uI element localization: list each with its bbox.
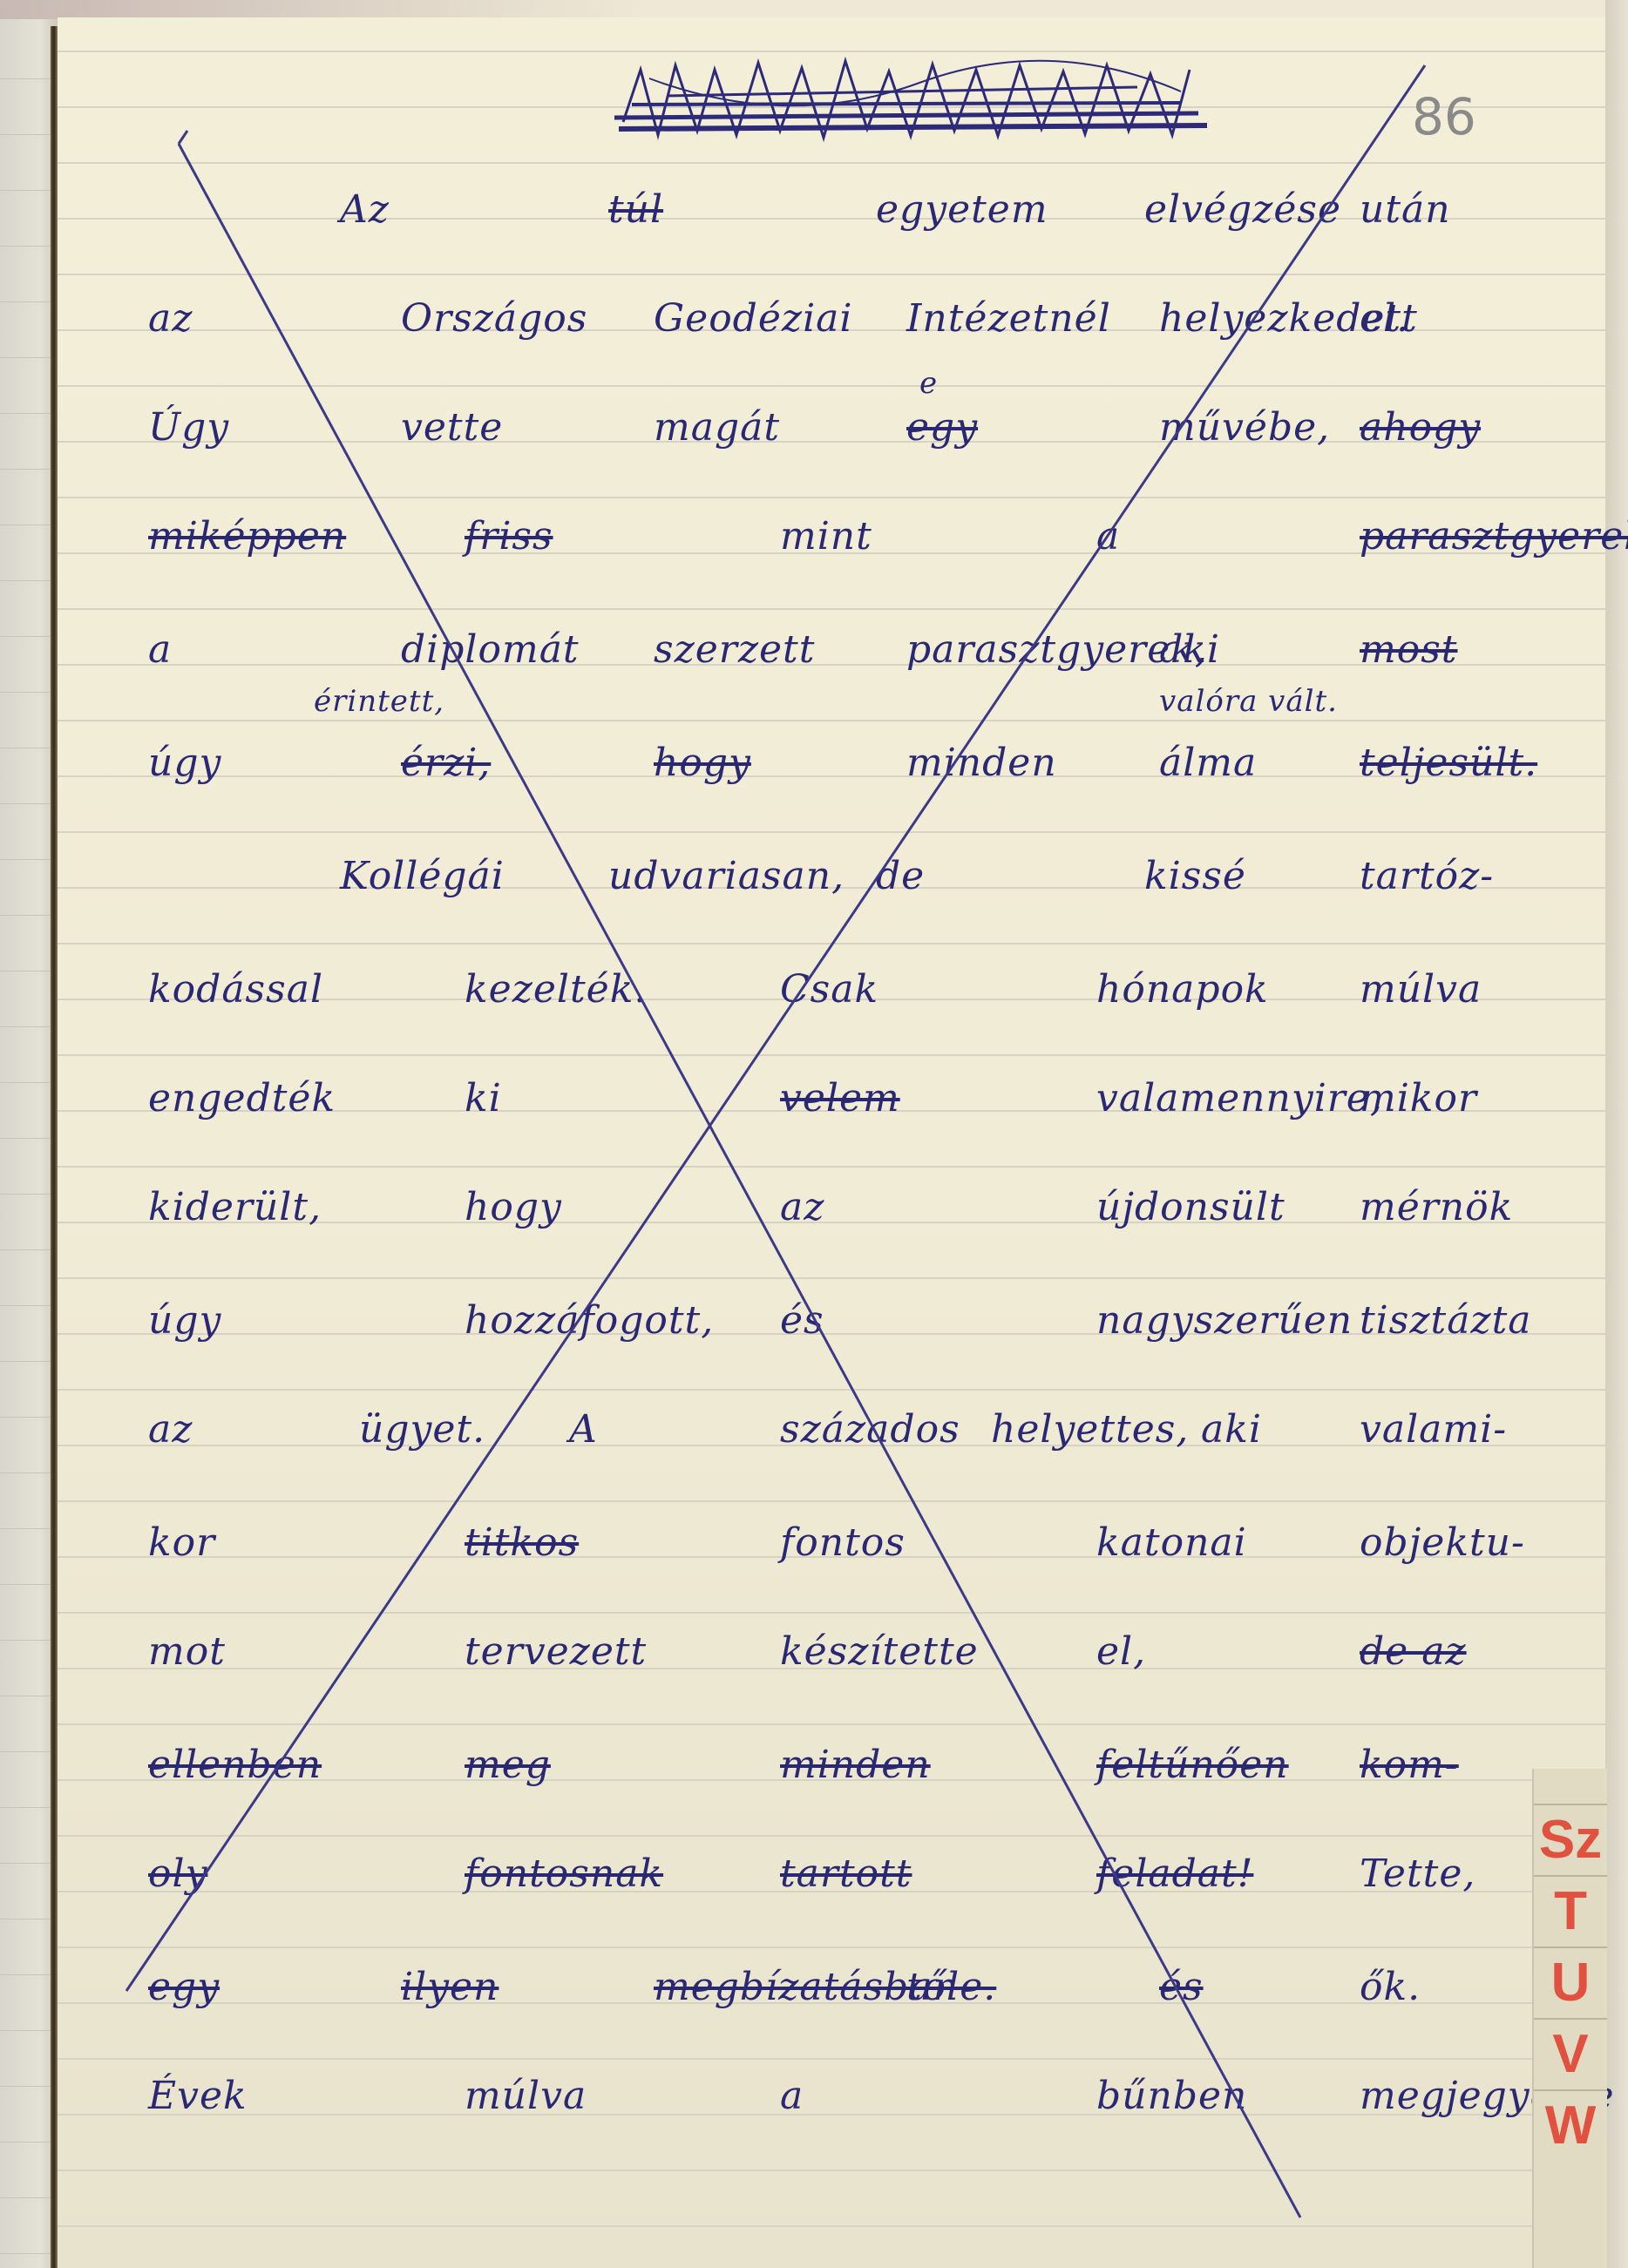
handwritten-word: kiderült, (148, 1185, 322, 1229)
page-number: 86 (1412, 87, 1476, 146)
ruled-line (58, 497, 1605, 498)
handwritten-word: kodással (148, 967, 323, 1012)
handwritten-word: engedték (148, 1076, 336, 1120)
handwritten-word: mint (780, 514, 872, 559)
handwritten-word: kezelték. (465, 967, 647, 1012)
handwritten-word: udvariasan, (608, 854, 845, 898)
struck-word: érzi, (401, 741, 491, 785)
ruled-line (58, 2225, 1605, 2227)
handwritten-word: kissé (1144, 854, 1246, 898)
struck-word: feladat! (1096, 1852, 1253, 1896)
handwritten-word: ki (465, 1076, 502, 1120)
handwritten-word: mot (148, 1629, 226, 1674)
handwritten-word: elvégzése (1144, 187, 1341, 232)
struck-word: tőle. (906, 1965, 996, 2009)
struck-word: túl (608, 187, 663, 232)
handwritten-word: objektu- (1360, 1520, 1525, 1565)
handwritten-word: nagyszerűen (1096, 1298, 1353, 1343)
struck-word: ahogy (1360, 405, 1481, 450)
struck-word: oly (148, 1852, 207, 1896)
handwritten-word: a (780, 2074, 804, 2118)
struck-word: titkos (465, 1520, 579, 1565)
struck-word: tartott (780, 1852, 912, 1896)
next-page-edge (1605, 0, 1628, 2268)
handwritten-word: mérnök (1360, 1185, 1513, 1229)
handwritten-word: Geodéziai (654, 296, 852, 341)
crossed-out-heading (614, 52, 1216, 148)
binding-gutter (51, 26, 58, 2268)
struck-word: teljesült. (1360, 741, 1537, 785)
handwritten-word: Tette, (1360, 1852, 1475, 1896)
alphabet-index-tabs: SzTUVW (1532, 1769, 1607, 2268)
struck-word: és (1159, 1965, 1204, 2009)
handwritten-word: múlva (465, 2074, 587, 2118)
ruled-line (58, 1054, 1605, 1056)
handwritten-word: vette (401, 405, 503, 450)
handwritten-word: bűnben (1096, 2074, 1247, 2118)
struck-word: de az (1360, 1629, 1467, 1674)
handwritten-word: helyettes, (991, 1407, 1189, 1452)
handwritten-word: az (148, 296, 193, 341)
struck-word: kom- (1360, 1743, 1459, 1787)
handwritten-word: után (1360, 187, 1451, 232)
ruled-line (58, 385, 1605, 387)
handwritten-word: egyetem (876, 187, 1048, 232)
index-tab-v: V (1534, 2018, 1607, 2089)
ruled-line (58, 1612, 1605, 1614)
ruled-line (58, 943, 1605, 944)
ruled-line (58, 1166, 1605, 1168)
index-tab-t: T (1534, 1875, 1607, 1946)
page-top-edge (0, 0, 1628, 19)
ruled-line (58, 2058, 1605, 2060)
handwritten-word: tisztázta (1360, 1298, 1532, 1343)
handwritten-word: el. (1360, 296, 1409, 341)
struck-word: fontosnak (465, 1852, 663, 1896)
handwritten-word: aki (1159, 627, 1220, 672)
ruled-line (58, 1389, 1605, 1391)
handwritten-word: A (569, 1407, 598, 1452)
handwritten-word: de (876, 854, 925, 898)
handwritten-word: álma (1159, 741, 1257, 785)
ruled-line (58, 831, 1605, 833)
handwritten-word: szerzett (654, 627, 815, 672)
ruled-line (58, 274, 1605, 275)
handwritten-word: Úgy (148, 405, 229, 450)
struck-word: egy (148, 1965, 220, 2009)
struck-word: egy (906, 405, 978, 450)
handwritten-word: Csak (780, 967, 878, 1012)
handwritten-word: kor (148, 1520, 215, 1565)
handwritten-word: magát (654, 405, 780, 450)
handwritten-word: úgy (148, 1298, 221, 1343)
notebook-page (58, 17, 1605, 2268)
ruled-line (58, 720, 1605, 721)
interlinear-insertion: valóra vált. (1159, 684, 1338, 719)
struck-word: hogy (654, 741, 751, 785)
struck-word: parasztgyerektől (1360, 514, 1628, 559)
interlinear-insertion: e (919, 366, 938, 401)
ruled-line (58, 1277, 1605, 1279)
handwritten-word: és (780, 1298, 824, 1343)
handwritten-word: a (1096, 514, 1120, 559)
handwritten-word: valamennyire, (1096, 1076, 1383, 1120)
handwritten-word: Kollégái (340, 854, 505, 898)
struck-word: miképpen (148, 514, 346, 559)
struck-word: feltűnően (1096, 1743, 1289, 1787)
index-tab-sz: Sz (1534, 1804, 1607, 1875)
handwritten-word: ügyet. (359, 1407, 485, 1452)
struck-word: friss (465, 514, 553, 559)
handwritten-word: újdonsült (1096, 1185, 1285, 1229)
handwritten-word: Az (340, 187, 390, 232)
handwritten-word: művébe, (1159, 405, 1330, 450)
handwritten-word: Évek (148, 2074, 248, 2118)
handwritten-word: fontos (780, 1520, 906, 1565)
handwritten-word: tervezett (465, 1629, 647, 1674)
ruled-line (58, 1946, 1605, 1948)
handwritten-word: hozzáfogott, (465, 1298, 714, 1343)
struck-word: velem (780, 1076, 900, 1120)
index-tab-w: W (1534, 2089, 1607, 2161)
struck-word: most (1360, 627, 1457, 672)
ruled-line (58, 162, 1605, 164)
handwritten-word: a (148, 627, 172, 672)
handwritten-word: aki (1201, 1407, 1262, 1452)
handwritten-word: úgy (148, 741, 221, 785)
ruled-line (58, 1723, 1605, 1725)
struck-word: ellenben (148, 1743, 322, 1787)
handwritten-word: mikor (1360, 1076, 1477, 1120)
struck-word: ilyen (401, 1965, 499, 2009)
interlinear-insertion: érintett, (314, 684, 444, 719)
struck-word: minden (780, 1743, 931, 1787)
handwritten-word: hogy (465, 1185, 562, 1229)
handwritten-word: hónapok (1096, 967, 1269, 1012)
handwritten-word: az (148, 1407, 193, 1452)
ruled-line (58, 1835, 1605, 1837)
handwritten-word: ők. (1360, 1965, 1421, 2009)
struck-word: meg (465, 1743, 551, 1787)
handwritten-word: tartóz- (1360, 854, 1494, 898)
index-tab-u: U (1534, 1946, 1607, 2018)
handwritten-word: százados (780, 1407, 960, 1452)
handwritten-word: készítette (780, 1629, 979, 1674)
handwritten-word: Országos (401, 296, 587, 341)
handwritten-word: valami- (1360, 1407, 1507, 1452)
handwritten-word: katonai (1096, 1520, 1247, 1565)
handwritten-word: minden (906, 741, 1057, 785)
handwritten-word: el, (1096, 1629, 1146, 1674)
handwritten-word: múlva (1360, 967, 1482, 1012)
ruled-line (58, 1500, 1605, 1502)
previous-page-edge (0, 0, 58, 2268)
handwritten-word: diplomát (401, 627, 580, 672)
handwritten-word: Intézetnél (906, 296, 1111, 341)
handwritten-word: az (780, 1185, 824, 1229)
ruled-line (58, 2170, 1605, 2171)
ruled-line (58, 608, 1605, 610)
